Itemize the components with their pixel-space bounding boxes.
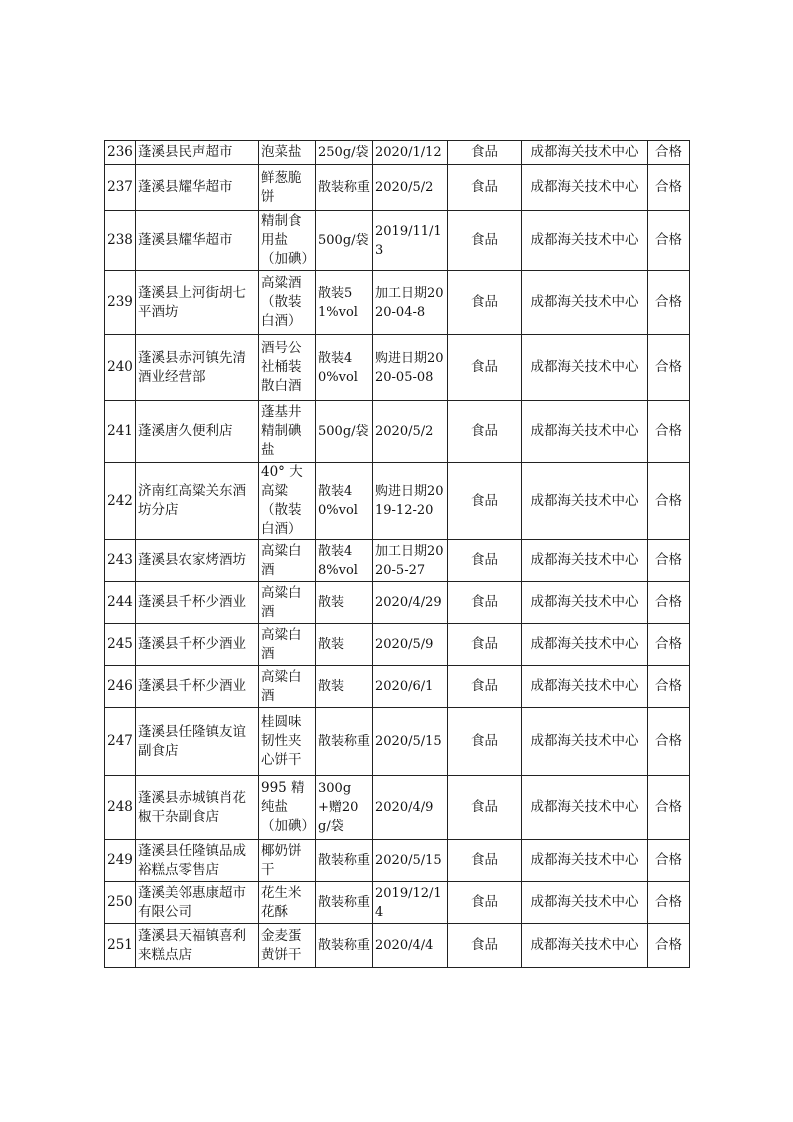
sample-category: 食品	[448, 271, 522, 335]
row-number: 236	[105, 141, 136, 165]
specification: 300g+赠20g/袋	[316, 776, 373, 840]
result: 合格	[648, 165, 690, 211]
sample-category: 食品	[448, 882, 522, 924]
testing-lab: 成都海关技术中心	[522, 141, 648, 165]
result: 合格	[648, 882, 690, 924]
result: 合格	[648, 335, 690, 401]
testing-lab: 成都海关技术中心	[522, 882, 648, 924]
testing-lab: 成都海关技术中心	[522, 211, 648, 271]
production-date: 购进日期2019-12-20	[373, 463, 448, 540]
testing-lab: 成都海关技术中心	[522, 840, 648, 882]
specification: 500g/袋	[316, 211, 373, 271]
sampled-unit: 蓬溪县千杯少酒业	[136, 582, 259, 624]
sampled-unit: 蓬溪县赤城镇肖花椒干杂副食店	[136, 776, 259, 840]
result: 合格	[648, 924, 690, 968]
production-date: 2020/1/12	[373, 141, 448, 165]
table-row: 242 济南红高粱关东酒坊分店 40° 大高粱（散装白酒） 散装40%vol 购…	[105, 463, 690, 540]
sample-category: 食品	[448, 624, 522, 666]
result: 合格	[648, 708, 690, 776]
row-number: 244	[105, 582, 136, 624]
specification: 散装称重	[316, 840, 373, 882]
production-date: 2020/5/2	[373, 401, 448, 463]
result: 合格	[648, 624, 690, 666]
row-number: 246	[105, 666, 136, 708]
sample-category: 食品	[448, 463, 522, 540]
production-date: 2020/5/9	[373, 624, 448, 666]
row-number: 240	[105, 335, 136, 401]
result: 合格	[648, 840, 690, 882]
sampled-unit: 蓬溪县上河街胡七平酒坊	[136, 271, 259, 335]
table-row: 241 蓬溪唐久便利店 蓬基井精制碘盐 500g/袋 2020/5/2 食品 成…	[105, 401, 690, 463]
production-date: 2020/4/4	[373, 924, 448, 968]
sample-category: 食品	[448, 840, 522, 882]
row-number: 251	[105, 924, 136, 968]
specification: 散装称重	[316, 708, 373, 776]
sample-category: 食品	[448, 924, 522, 968]
product-name: 高粱白酒	[259, 624, 316, 666]
result: 合格	[648, 401, 690, 463]
product-name: 蓬基井精制碘盐	[259, 401, 316, 463]
sample-category: 食品	[448, 666, 522, 708]
testing-lab: 成都海关技术中心	[522, 165, 648, 211]
sample-category: 食品	[448, 776, 522, 840]
specification: 散装	[316, 624, 373, 666]
product-name: 高粱白酒	[259, 540, 316, 582]
table-row: 250 蓬溪美邻惠康超市有限公司 花生米花酥 散装称重 2019/12/14 食…	[105, 882, 690, 924]
table-row: 251 蓬溪县天福镇喜利来糕点店 金麦蛋黄饼干 散装称重 2020/4/4 食品…	[105, 924, 690, 968]
production-date: 2019/11/13	[373, 211, 448, 271]
specification: 散装	[316, 582, 373, 624]
specification: 散装48%vol	[316, 540, 373, 582]
result: 合格	[648, 211, 690, 271]
result: 合格	[648, 776, 690, 840]
testing-lab: 成都海关技术中心	[522, 463, 648, 540]
production-date: 加工日期2020-04-8	[373, 271, 448, 335]
sample-category: 食品	[448, 582, 522, 624]
table-row: 243 蓬溪县农家烤酒坊 高粱白酒 散装48%vol 加工日期2020-5-27…	[105, 540, 690, 582]
row-number: 248	[105, 776, 136, 840]
testing-lab: 成都海关技术中心	[522, 335, 648, 401]
specification: 散装51%vol	[316, 271, 373, 335]
table-row: 249 蓬溪县任隆镇品成裕糕点零售店 椰奶饼干 散装称重 2020/5/15 食…	[105, 840, 690, 882]
sampled-unit: 蓬溪县耀华超市	[136, 211, 259, 271]
product-name: 995 精纯盐（加碘）	[259, 776, 316, 840]
sampled-unit: 蓬溪唐久便利店	[136, 401, 259, 463]
production-date: 2020/5/15	[373, 840, 448, 882]
row-number: 245	[105, 624, 136, 666]
production-date: 加工日期2020-5-27	[373, 540, 448, 582]
result: 合格	[648, 540, 690, 582]
product-name: 花生米花酥	[259, 882, 316, 924]
sample-category: 食品	[448, 401, 522, 463]
sampled-unit: 蓬溪县千杯少酒业	[136, 624, 259, 666]
production-date: 2020/5/2	[373, 165, 448, 211]
testing-lab: 成都海关技术中心	[522, 271, 648, 335]
testing-lab: 成都海关技术中心	[522, 708, 648, 776]
testing-lab: 成都海关技术中心	[522, 666, 648, 708]
sampled-unit: 蓬溪县任隆镇友谊副食店	[136, 708, 259, 776]
table-body: 236 蓬溪县民声超市 泡菜盐 250g/袋 2020/1/12 食品 成都海关…	[105, 141, 690, 968]
testing-lab: 成都海关技术中心	[522, 540, 648, 582]
production-date: 2020/6/1	[373, 666, 448, 708]
sampled-unit: 蓬溪美邻惠康超市有限公司	[136, 882, 259, 924]
table-row: 245 蓬溪县千杯少酒业 高粱白酒 散装 2020/5/9 食品 成都海关技术中…	[105, 624, 690, 666]
sample-category: 食品	[448, 708, 522, 776]
product-name: 椰奶饼干	[259, 840, 316, 882]
table-row: 239 蓬溪县上河街胡七平酒坊 高粱酒（散装白酒） 散装51%vol 加工日期2…	[105, 271, 690, 335]
product-name: 桂圆味韧性夹心饼干	[259, 708, 316, 776]
product-name: 精制食用盐（加碘）	[259, 211, 316, 271]
sampled-unit: 蓬溪县耀华超市	[136, 165, 259, 211]
row-number: 241	[105, 401, 136, 463]
sampled-unit: 蓬溪县赤河镇先清酒业经营部	[136, 335, 259, 401]
sample-category: 食品	[448, 165, 522, 211]
product-name: 40° 大高粱（散装白酒）	[259, 463, 316, 540]
result: 合格	[648, 141, 690, 165]
product-name: 酒号公社桶装散白酒	[259, 335, 316, 401]
row-number: 249	[105, 840, 136, 882]
sampled-unit: 蓬溪县农家烤酒坊	[136, 540, 259, 582]
row-number: 243	[105, 540, 136, 582]
specification: 散装称重	[316, 165, 373, 211]
sample-category: 食品	[448, 211, 522, 271]
row-number: 250	[105, 882, 136, 924]
result: 合格	[648, 463, 690, 540]
sampled-unit: 蓬溪县天福镇喜利来糕点店	[136, 924, 259, 968]
table-row: 240 蓬溪县赤河镇先清酒业经营部 酒号公社桶装散白酒 散装40%vol 购进日…	[105, 335, 690, 401]
row-number: 247	[105, 708, 136, 776]
sampled-unit: 济南红高粱关东酒坊分店	[136, 463, 259, 540]
row-number: 238	[105, 211, 136, 271]
testing-lab: 成都海关技术中心	[522, 924, 648, 968]
product-name: 高粱白酒	[259, 666, 316, 708]
testing-lab: 成都海关技术中心	[522, 776, 648, 840]
sample-category: 食品	[448, 141, 522, 165]
inspection-results-table: 236 蓬溪县民声超市 泡菜盐 250g/袋 2020/1/12 食品 成都海关…	[104, 140, 690, 968]
product-name: 泡菜盐	[259, 141, 316, 165]
specification: 250g/袋	[316, 141, 373, 165]
production-date: 2020/4/9	[373, 776, 448, 840]
specification: 散装称重	[316, 924, 373, 968]
table-row: 236 蓬溪县民声超市 泡菜盐 250g/袋 2020/1/12 食品 成都海关…	[105, 141, 690, 165]
production-date: 购进日期2020-05-08	[373, 335, 448, 401]
table-row: 248 蓬溪县赤城镇肖花椒干杂副食店 995 精纯盐（加碘） 300g+赠20g…	[105, 776, 690, 840]
sample-category: 食品	[448, 540, 522, 582]
specification: 散装称重	[316, 882, 373, 924]
specification: 散装40%vol	[316, 335, 373, 401]
testing-lab: 成都海关技术中心	[522, 624, 648, 666]
product-name: 鲜葱脆饼	[259, 165, 316, 211]
sampled-unit: 蓬溪县千杯少酒业	[136, 666, 259, 708]
result: 合格	[648, 666, 690, 708]
testing-lab: 成都海关技术中心	[522, 582, 648, 624]
row-number: 239	[105, 271, 136, 335]
table-row: 237 蓬溪县耀华超市 鲜葱脆饼 散装称重 2020/5/2 食品 成都海关技术…	[105, 165, 690, 211]
production-date: 2020/5/15	[373, 708, 448, 776]
table-row: 244 蓬溪县千杯少酒业 高粱白酒 散装 2020/4/29 食品 成都海关技术…	[105, 582, 690, 624]
product-name: 高粱酒（散装白酒）	[259, 271, 316, 335]
table-row: 246 蓬溪县千杯少酒业 高粱白酒 散装 2020/6/1 食品 成都海关技术中…	[105, 666, 690, 708]
product-name: 高粱白酒	[259, 582, 316, 624]
testing-lab: 成都海关技术中心	[522, 401, 648, 463]
specification: 散装	[316, 666, 373, 708]
product-name: 金麦蛋黄饼干	[259, 924, 316, 968]
row-number: 242	[105, 463, 136, 540]
production-date: 2020/4/29	[373, 582, 448, 624]
sampled-unit: 蓬溪县任隆镇品成裕糕点零售店	[136, 840, 259, 882]
table-row: 238 蓬溪县耀华超市 精制食用盐（加碘） 500g/袋 2019/11/13 …	[105, 211, 690, 271]
row-number: 237	[105, 165, 136, 211]
table-row: 247 蓬溪县任隆镇友谊副食店 桂圆味韧性夹心饼干 散装称重 2020/5/15…	[105, 708, 690, 776]
sample-category: 食品	[448, 335, 522, 401]
specification: 500g/袋	[316, 401, 373, 463]
sampled-unit: 蓬溪县民声超市	[136, 141, 259, 165]
specification: 散装40%vol	[316, 463, 373, 540]
result: 合格	[648, 582, 690, 624]
result: 合格	[648, 271, 690, 335]
production-date: 2019/12/14	[373, 882, 448, 924]
